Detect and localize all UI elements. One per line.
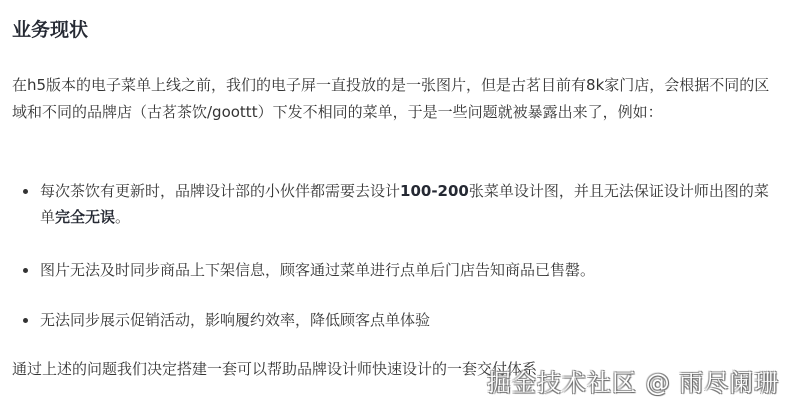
- section-heading: 业务现状: [12, 16, 88, 44]
- bullet-icon: [23, 318, 28, 323]
- list-item: 无法同步展示促销活动，影响履约效率，降低顾客点单体验: [12, 307, 780, 333]
- list-item-text: 每次茶饮有更新时，品牌设计部的小伙伴都需要去设计: [40, 182, 400, 200]
- bullet-icon: [23, 268, 28, 273]
- bold-emphasis: 完全无误: [55, 208, 115, 226]
- list-item: 每次茶饮有更新时，品牌设计部的小伙伴都需要去设计100-200张菜单设计图，并且…: [12, 178, 780, 230]
- bold-count: 100-200: [400, 182, 469, 200]
- list-item-text: 。: [115, 208, 130, 226]
- intro-paragraph: 在h5版本的电子菜单上线之前，我们的电子屏一直投放的是一张图片，但是古茗目前有8…: [12, 72, 772, 126]
- list-item-text: 图片无法及时同步商品上下架信息，顾客通过菜单进行点单后门店告知商品已售罄。: [40, 261, 595, 279]
- watermark: 掘金技术社区 @ 雨尽阑珊: [487, 363, 779, 398]
- list-item-text: 无法同步展示促销活动，影响履约效率，降低顾客点单体验: [40, 311, 430, 329]
- bullet-icon: [23, 189, 28, 194]
- list-item: 图片无法及时同步商品上下架信息，顾客通过菜单进行点单后门店告知商品已售罄。: [12, 257, 780, 283]
